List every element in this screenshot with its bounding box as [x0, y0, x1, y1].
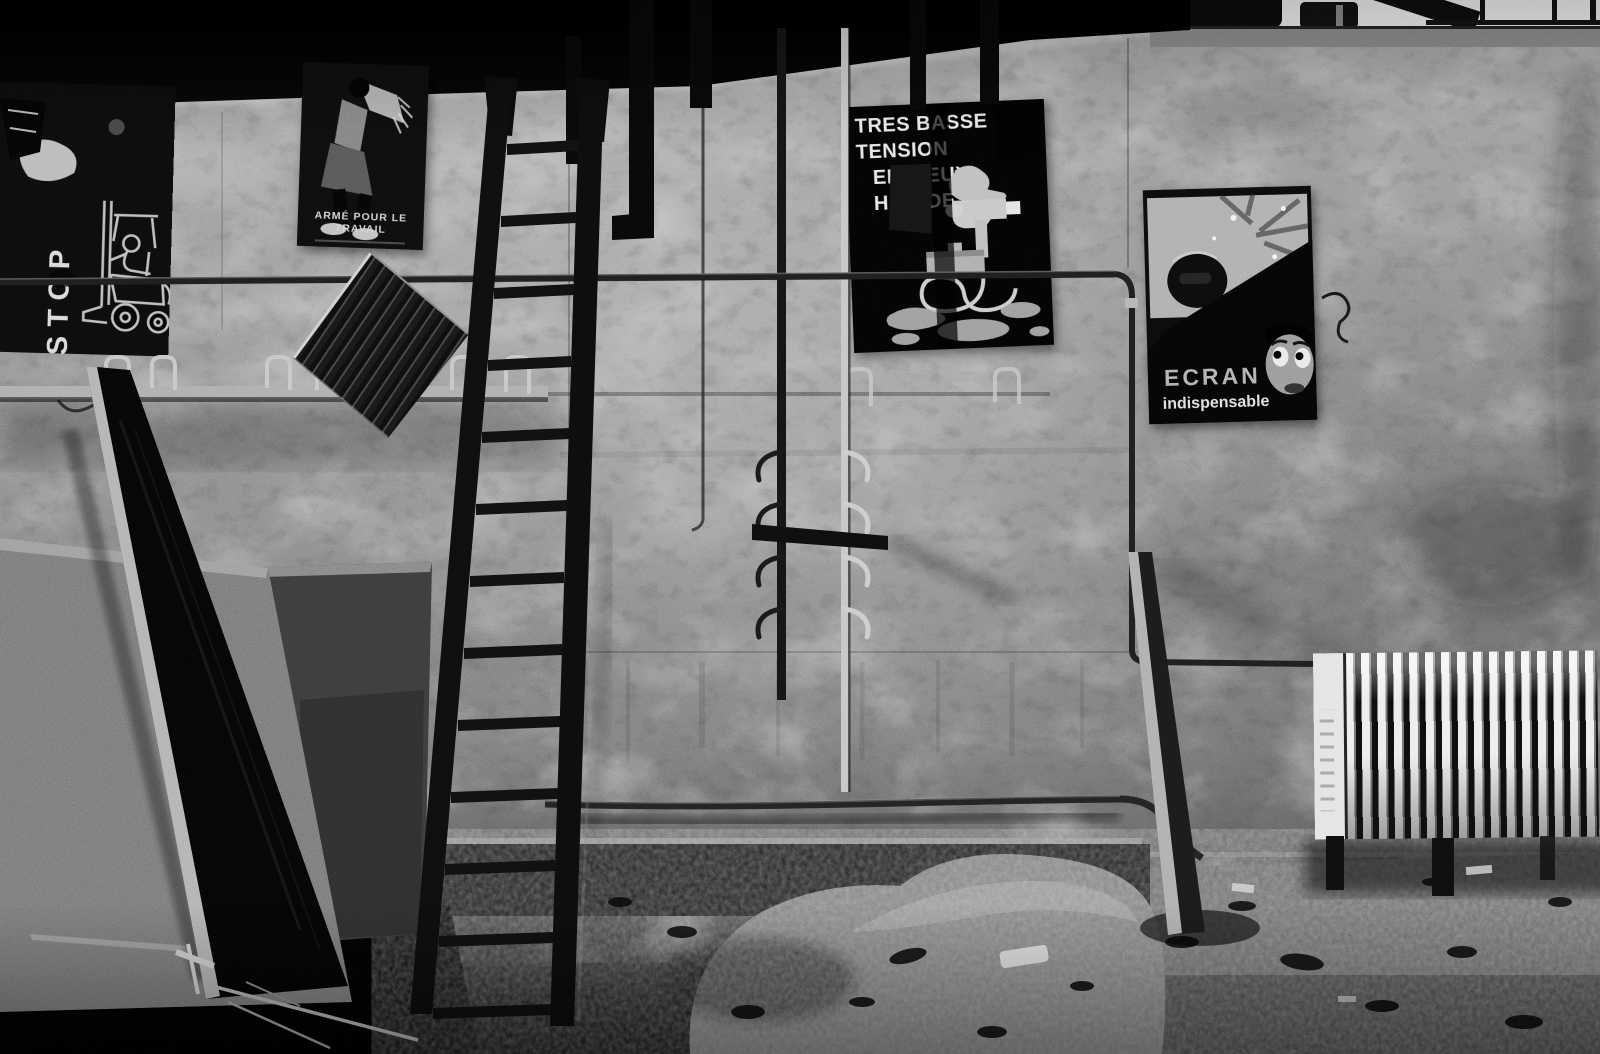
film-grain: [0, 0, 1600, 1054]
photo-scene: STOP ARMÉ POUR LE TRAVAIL TRES BASSE TEN…: [0, 0, 1600, 1054]
